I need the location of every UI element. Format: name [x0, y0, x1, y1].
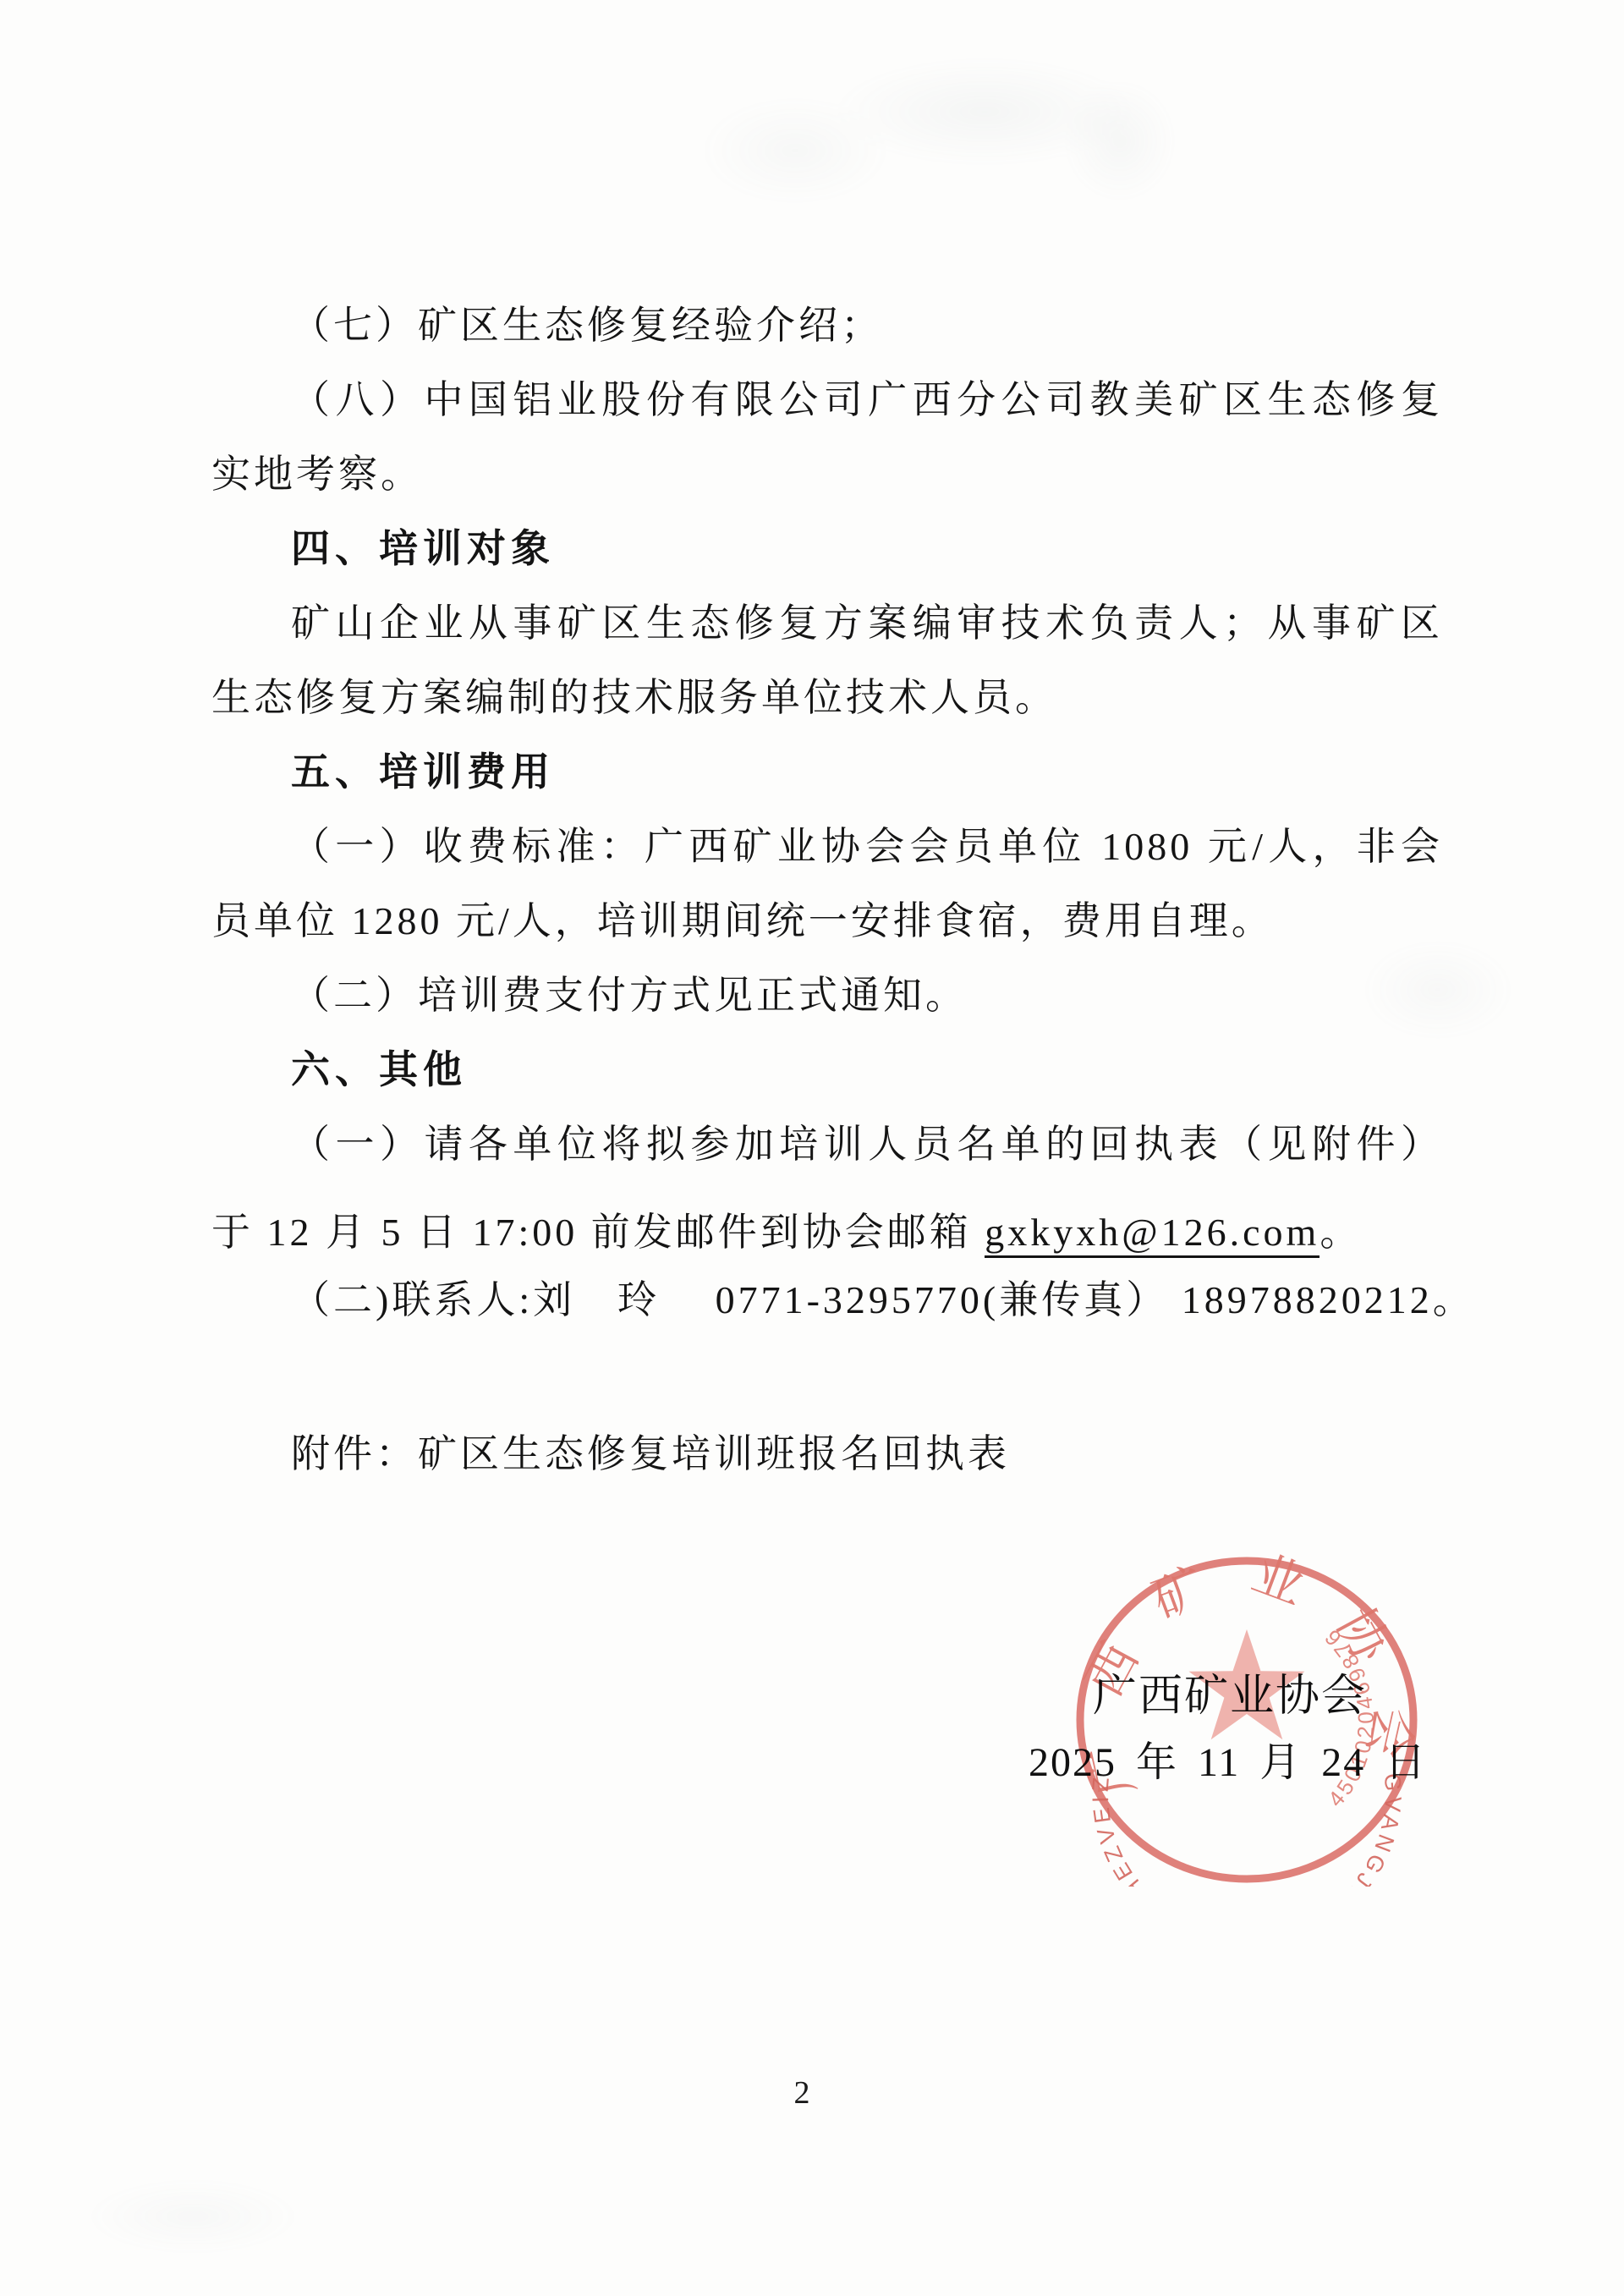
section-heading-training-targets: 四、培训对象 — [211, 525, 1443, 574]
association-email: gxkyxh@126.com — [985, 1211, 1319, 1258]
email-line-prefix: 于 12 月 5 日 17:00 前发邮件到协会邮箱 — [211, 1211, 985, 1254]
document-line: （一）请各单位将拟参加培训人员名单的回执表（见附件） — [211, 1120, 1443, 1169]
document-line: 实地考察。 — [211, 450, 1443, 499]
section-heading-other: 六、其他 — [211, 1046, 1443, 1095]
document-line: （八）中国铝业股份有限公司广西分公司教美矿区生态修复 — [211, 376, 1443, 425]
email-line-suffix: 。 — [1319, 1211, 1362, 1254]
signature-date: 2025 年 11 月 24 日 — [1029, 1729, 1427, 1788]
attachment-note: 附件：矿区生态修复培训班报名回执表 — [211, 1430, 1443, 1479]
document-line-email: 于 12 月 5 日 17:00 前发邮件到协会邮箱 gxkyxh@126.co… — [211, 1208, 1443, 1257]
document-line-contact: （二)联系人:刘 玲 0771-3295770(兼传真） 18978820212… — [211, 1276, 1443, 1325]
signature-organization: 广西矿业协会 — [1093, 1660, 1367, 1723]
document-line: （七）矿区生态修复经验介绍； — [211, 301, 1443, 350]
bleed-through-smudge — [660, 34, 1201, 228]
document-line: （二）培训费支付方式见正式通知。 — [211, 971, 1443, 1020]
bleed-through-smudge — [51, 2166, 406, 2267]
page-number: 2 — [0, 2074, 1614, 2112]
document-line: 员单位 1280 元/人，培训期间统一安排食宿，费用自理。 — [211, 897, 1443, 946]
section-heading-training-fees: 五、培训费用 — [211, 748, 1443, 797]
document-line: 生态修复方案编制的技术服务单位技术人员。 — [211, 673, 1443, 722]
document-line: （一）收费标准：广西矿业协会会员单位 1080 元/人，非会 — [211, 822, 1443, 871]
scanned-document-page: （七）矿区生态修复经验介绍； （八）中国铝业股份有限公司广西分公司教美矿区生态修… — [0, 0, 1624, 2296]
document-line: 矿山企业从事矿区生态修复方案编审技术负责人；从事矿区 — [211, 599, 1443, 648]
